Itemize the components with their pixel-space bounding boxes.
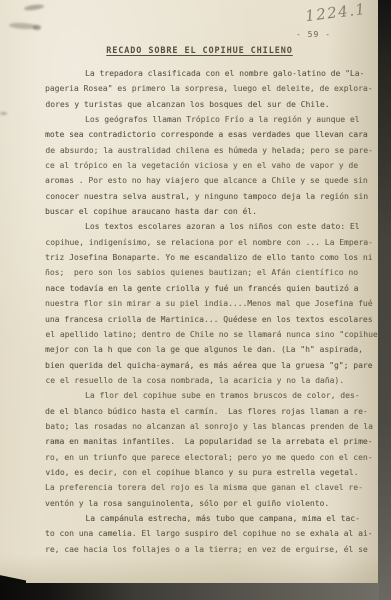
text-line: re, cae hacia los follajes o a la tierra… bbox=[45, 542, 377, 557]
text-line: aromas . Por esto no hay viajero que alc… bbox=[45, 173, 377, 188]
text-line: de el blanco búdico hasta el carmín. Las… bbox=[45, 404, 377, 419]
text-line: La flor del copihue sube en tramos brusc… bbox=[45, 388, 377, 403]
text-line: vido, es decir, con el copihue blanco y … bbox=[45, 465, 377, 480]
scan-edge-bottom bbox=[0, 583, 379, 600]
scan-edge-right bbox=[378, 0, 391, 600]
document-body: La trepadora clasificada con el nombre g… bbox=[45, 66, 377, 557]
text-line: ventón y la rosa sanguinolenta, sólo por… bbox=[45, 496, 377, 511]
text-line: mejor con la h que con la ge que algunos… bbox=[45, 342, 377, 357]
page-number: - 59 - bbox=[296, 30, 331, 39]
text-line: bien querida del quicha-aymará, es más a… bbox=[45, 358, 377, 373]
text-line: La campánula estrecha, más tubo que camp… bbox=[45, 511, 377, 526]
document-title: RECADO SOBRE EL COPIHUE CHILENO bbox=[20, 46, 379, 56]
text-line: nuestra flor sin mirar a su piel india..… bbox=[45, 296, 377, 311]
handwritten-catalog-number: 1224.1 bbox=[304, 0, 376, 25]
text-line: ce el resuello de la cosa nombrada, la a… bbox=[45, 373, 377, 388]
text-line: dores y turistas que alcanzan los bosque… bbox=[45, 97, 377, 112]
text-line: La trepadora clasificada con el nombre g… bbox=[45, 66, 377, 81]
text-line: de absurdo; la australidad chilena es hú… bbox=[45, 143, 377, 158]
document-page: 1224.1 - 59 - RECADO SOBRE EL COPIHUE CH… bbox=[0, 0, 379, 584]
pencil-smudge bbox=[24, 4, 45, 12]
text-line: Los geógrafos llaman Trópico Frío a la r… bbox=[45, 112, 377, 127]
text-line: ce al trópico en la vegetación viciosa y… bbox=[45, 158, 377, 173]
text-line: triz Josefina Bonaparte. Yo me escandali… bbox=[45, 250, 377, 265]
text-line: pageria Rosea" es primero la sorpresa, l… bbox=[45, 81, 377, 96]
text-line: nace todavía en la gente criolla y fué u… bbox=[45, 281, 377, 296]
pencil-smudge bbox=[33, 25, 41, 30]
scanned-page: 1224.1 - 59 - RECADO SOBRE EL COPIHUE CH… bbox=[0, 0, 391, 600]
text-line: una francesa criolla de Martinica... Qué… bbox=[45, 312, 377, 327]
pencil-smudge bbox=[0, 112, 7, 115]
text-line: ños; pero son los sabios quienes bautiza… bbox=[45, 265, 377, 280]
text-line: el apellido latino; dentro de Chile no s… bbox=[45, 327, 377, 342]
text-line: La preferencia torera del rojo es la mis… bbox=[45, 480, 377, 495]
text-line: bato; las rosadas no alcanzan al sonrojo… bbox=[45, 419, 377, 434]
text-line: rama en manitas infantiles. La popularid… bbox=[45, 434, 377, 449]
text-line: buscar el copihue araucano hasta dar con… bbox=[45, 204, 377, 219]
text-line: ro, en un triunfo que parece electoral; … bbox=[45, 450, 377, 465]
text-line: copihue, indigenísimo, se relaciona por … bbox=[45, 235, 377, 250]
text-line: to con una camelia. El largo suspiro del… bbox=[45, 526, 377, 541]
text-line: conocer nuestra selva austral, y ninguno… bbox=[45, 189, 377, 204]
text-line: Los textos escolares azoran a los niños … bbox=[45, 219, 377, 234]
text-line: mote sea contradictorio corresponde a es… bbox=[45, 127, 377, 142]
